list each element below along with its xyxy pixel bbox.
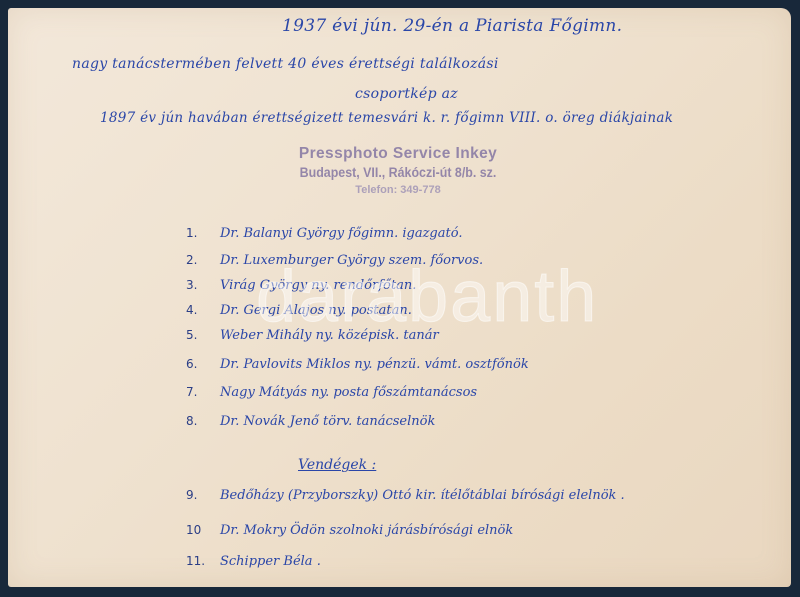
- item-text: Dr. Balanyi György főgimn. igazgató.: [220, 226, 462, 241]
- list-item: 3.Virág György ny. rendőrfőtan.: [186, 278, 416, 293]
- item-text: Dr. Mokry Ödön szolnoki járásbírósági el…: [220, 523, 513, 538]
- pressphoto-stamp: Pressphoto Service Inkey Budapest, VII.,…: [268, 144, 528, 198]
- item-text: Dr. Pavlovits Miklos ny. pénzü. vámt. os…: [220, 357, 529, 372]
- item-number: 5.: [186, 328, 220, 342]
- stamp-address: Budapest, VII., Rákóczi-út 8/b. sz.: [278, 164, 517, 182]
- list-item: 2.Dr. Luxemburger György szem. főorvos.: [186, 253, 483, 268]
- scan-background: 1937 évi jún. 29-én a Piarista Főgimn. n…: [0, 0, 800, 597]
- item-text: Dr. Luxemburger György szem. főorvos.: [220, 253, 483, 268]
- list-item: 6.Dr. Pavlovits Miklos ny. pénzü. vámt. …: [186, 357, 529, 372]
- heading-line-4: 1897 év jún havában érettségizett temesv…: [100, 110, 673, 126]
- list-item: 5.Weber Mihály ny. középisk. tanár: [186, 328, 439, 343]
- list-item: 9.Bedőházy (Przyborszky) Ottó kir. ítélő…: [186, 488, 625, 503]
- item-text: Weber Mihály ny. középisk. tanár: [220, 328, 439, 343]
- item-text: Dr. Novák Jenő törv. tanácselnök: [220, 414, 435, 429]
- list-item: 4.Dr. Gergi Alajos ny. postatan.: [186, 303, 412, 318]
- heading-line-2: nagy tanácstermében felvett 40 éves éret…: [72, 56, 499, 72]
- item-text: Virág György ny. rendőrfőtan.: [220, 278, 416, 293]
- heading-line-1: 1937 évi jún. 29-én a Piarista Főgimn.: [282, 16, 622, 36]
- item-text: Bedőházy (Przyborszky) Ottó kir. ítélőtá…: [220, 488, 625, 503]
- list-item: 7.Nagy Mátyás ny. posta főszámtanácsos: [186, 385, 477, 400]
- item-text: Nagy Mátyás ny. posta főszámtanácsos: [220, 385, 477, 400]
- item-number: 4.: [186, 303, 220, 317]
- item-number: 8.: [186, 414, 220, 428]
- item-number: 6.: [186, 357, 220, 371]
- item-number: 7.: [186, 385, 220, 399]
- item-number: 2.: [186, 253, 220, 267]
- item-text: Dr. Gergi Alajos ny. postatan.: [220, 303, 412, 318]
- item-number: 9.: [186, 488, 220, 502]
- item-number: 1.: [186, 226, 220, 240]
- list-item: 11.Schipper Béla .: [186, 554, 321, 569]
- list-item: 10Dr. Mokry Ödön szolnoki járásbírósági …: [186, 523, 513, 538]
- item-number: 11.: [186, 554, 220, 568]
- stamp-phone: Telefon: 349-778: [268, 182, 528, 198]
- heading-line-3: csoportkép az: [355, 86, 458, 102]
- item-number: 3.: [186, 278, 220, 292]
- list-item: 8.Dr. Novák Jenő törv. tanácselnök: [186, 414, 435, 429]
- stamp-name: Pressphoto Service Inkey: [268, 144, 528, 164]
- list-item: 1.Dr. Balanyi György főgimn. igazgató.: [186, 226, 462, 241]
- item-number: 10: [186, 523, 220, 537]
- item-text: Schipper Béla .: [220, 554, 321, 569]
- guests-heading: Vendégek :: [298, 457, 376, 473]
